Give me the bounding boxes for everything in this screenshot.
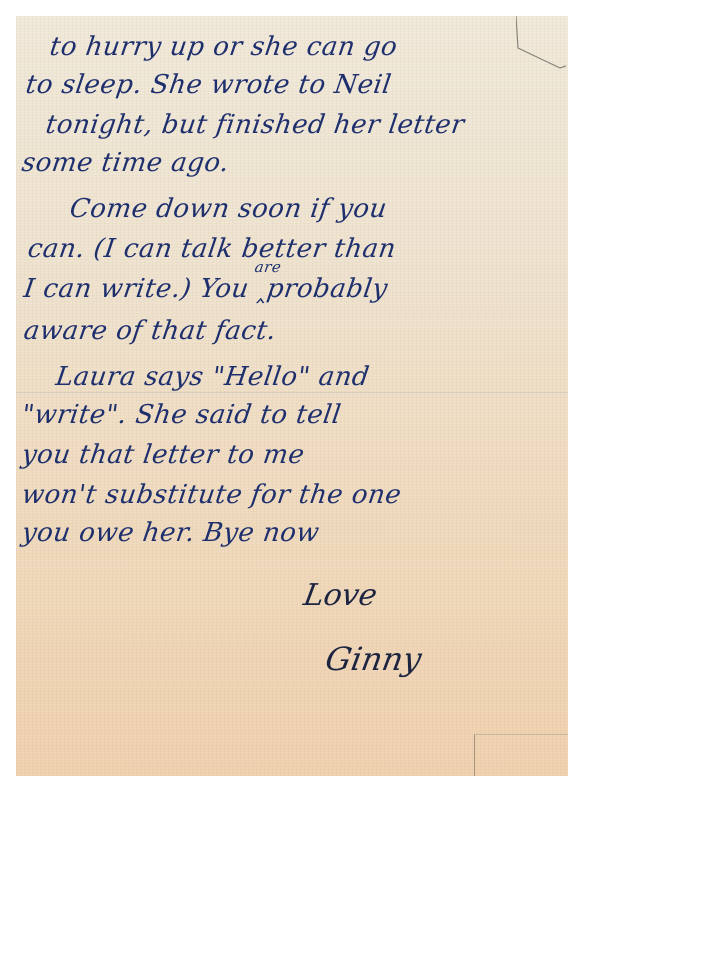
inserted-word: are bbox=[254, 258, 283, 276]
signature: Ginny bbox=[323, 640, 425, 678]
letter-line: to sleep. She wrote to Neil bbox=[24, 70, 393, 100]
letter-line: "write". She said to tell bbox=[20, 400, 343, 430]
line-text: probably bbox=[265, 274, 390, 304]
fold-crease bbox=[16, 392, 568, 394]
letter-line: Laura says "Hello" and bbox=[54, 362, 371, 392]
letter-line-with-insertion: I can write.) You are‸probably bbox=[22, 274, 390, 304]
letter-line: can. (I can talk better than bbox=[26, 234, 398, 264]
letter-line: aware of that fact. bbox=[22, 316, 278, 346]
closing-salutation: Love bbox=[301, 578, 380, 613]
letter-line: won't substitute for the one bbox=[20, 480, 403, 510]
letter-line: some time ago. bbox=[20, 148, 231, 178]
line-text: I can write.) You bbox=[22, 274, 260, 304]
letter-line: you owe her. Bye now bbox=[20, 518, 321, 548]
corner-pencil-mark bbox=[516, 16, 566, 74]
letter-line: tonight, but finished her letter bbox=[44, 110, 466, 140]
letter-paper: to hurry up or she can go to sleep. She … bbox=[16, 16, 568, 776]
letter-line: Come down soon if you bbox=[68, 194, 389, 224]
corner-fold-mark bbox=[474, 734, 568, 776]
page: to hurry up or she can go to sleep. She … bbox=[0, 0, 720, 960]
letter-line: to hurry up or she can go bbox=[48, 32, 399, 62]
letter-line: you that letter to me bbox=[20, 440, 307, 470]
